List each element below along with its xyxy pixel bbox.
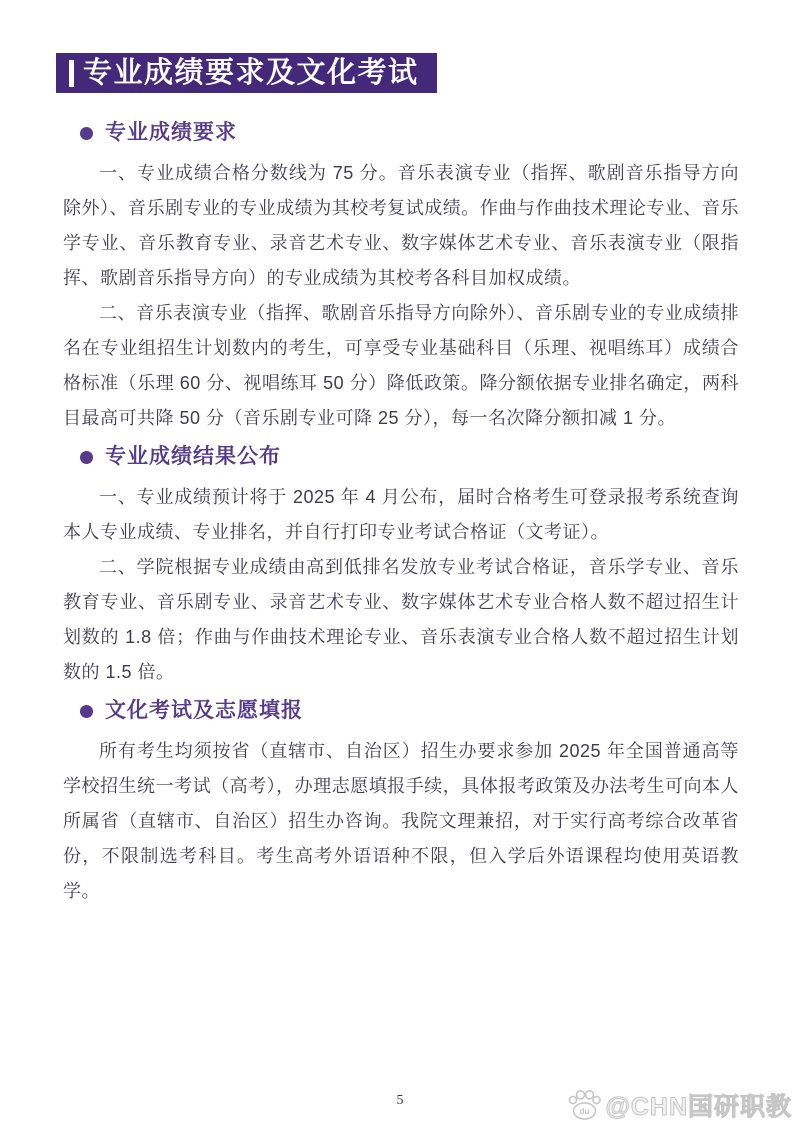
bullet-dot-icon	[80, 127, 93, 140]
paragraph: 所有考生均须按省（直辖市、自治区）招生办要求参加 2025 年全国普通高等学校招…	[63, 734, 739, 909]
bullet-dot-icon	[80, 451, 93, 464]
section-heading-score-requirements: 专业成绩要求	[63, 119, 739, 147]
paragraph: 一、专业成绩合格分数线为 75 分。音乐表演专业（指挥、歌剧音乐指导方向除外）、…	[63, 156, 739, 296]
baidu-paw-icon: du	[566, 1089, 602, 1121]
watermark-text: @CHN国研职教	[605, 1087, 792, 1123]
section-heading-cultural-exam: 文化考试及志愿填报	[63, 697, 739, 725]
banner-title: 专业成绩要求及文化考试	[83, 53, 419, 93]
watermark: du @CHN国研职教	[566, 1087, 792, 1123]
document-page: 专业成绩要求及文化考试 专业成绩要求 一、专业成绩合格分数线为 75 分。音乐表…	[0, 0, 800, 1131]
section-heading-text: 专业成绩结果公布	[105, 443, 281, 471]
paragraph: 二、学院根据专业成绩由高到低排名发放专业考试合格证，音乐学专业、音乐教育专业、音…	[63, 550, 739, 690]
document-content: 专业成绩要求 一、专业成绩合格分数线为 75 分。音乐表演专业（指挥、歌剧音乐指…	[63, 117, 739, 909]
banner-bar-mark	[69, 60, 74, 87]
paragraph: 一、专业成绩预计将于 2025 年 4 月公布，届时合格考生可登录报考系统查询本…	[63, 480, 739, 550]
paw-label: du	[580, 1107, 590, 1116]
section-heading-text: 专业成绩要求	[105, 119, 237, 147]
section-heading-results-announcement: 专业成绩结果公布	[63, 443, 739, 471]
section-banner: 专业成绩要求及文化考试	[56, 53, 437, 93]
section-heading-text: 文化考试及志愿填报	[105, 697, 303, 725]
bullet-dot-icon	[80, 705, 93, 718]
paragraph: 二、音乐表演专业（指挥、歌剧音乐指导方向除外）、音乐剧专业的专业成绩排名在专业组…	[63, 296, 739, 436]
